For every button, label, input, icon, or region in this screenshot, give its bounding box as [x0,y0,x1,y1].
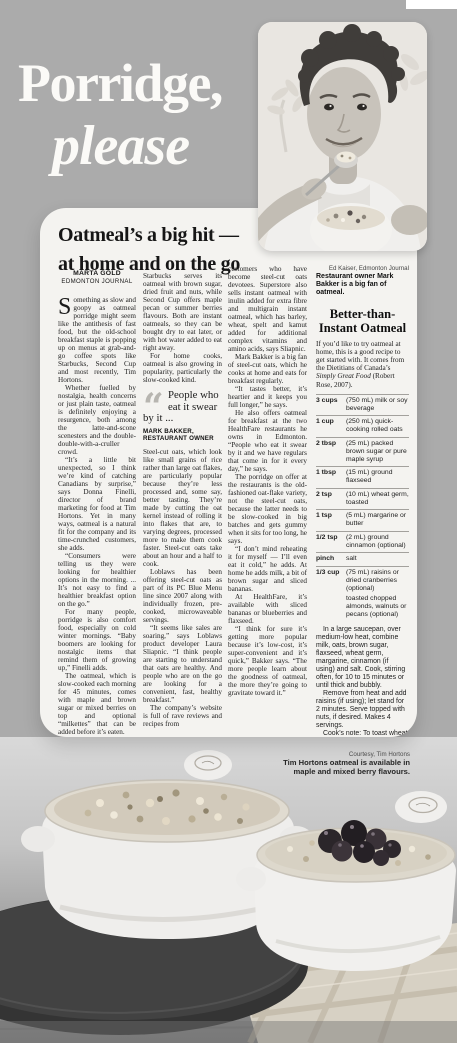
ingredient-row: 1/2 tsp(2 mL) ground cinnamon (optional) [316,531,409,553]
ingredient-table: 3 cups(750 mL) milk or soy beverage 1 cu… [316,394,409,622]
paragraph: “It’s a little bit unexpected, so I thin… [58,456,136,552]
paragraph: The company’s website is full of rave re… [143,704,222,728]
ingredient-row: 3 cups(750 mL) milk or soy beverage [316,394,409,416]
article-column-1: Something as slow and goopy as oatmeal p… [58,296,136,736]
paragraph: “It tastes better, it’s heartier and it … [228,385,307,409]
ingredient-row: 1/3 cup(75 mL) raisins or dried cranberr… [316,566,409,596]
paragraph: For many people, porridge is also comfor… [58,608,136,672]
man-eating-oatmeal-illustration [258,22,427,251]
paragraph: The porridge on offer at the restaurants… [228,473,307,545]
paragraph: “It seems like sales are soaring,” says … [143,624,222,704]
oatmeal-bowls-photo [0,737,457,1043]
article-column-2: Starbucks serves its oatmeal with brown … [143,272,222,728]
byline-author: MARTA GOLD [58,270,136,277]
recipe-intro: If you’d like to try oatmeal at home, th… [316,340,409,389]
paragraph: Steel-cut oats, which look like small gr… [143,448,222,568]
hero-photo-caption: Restaurant owner Mark Bakker is a big fa… [316,273,409,298]
quote-icon: “ [143,390,168,413]
drop-cap: S [58,296,73,317]
recipe-sidebar: Ed Kaiser, Edmonton Journal Restaurant o… [316,265,409,737]
masthead-title-line1: Porridge, [18,54,222,112]
pull-quote-attribution: MARK BAKKER, RESTAURANT OWNER [143,425,222,443]
article-column-3: customers who have become steel-cut oats… [228,265,307,697]
recipe-steps: In a large saucepan, over medium-low hea… [316,626,409,737]
restaurant-owner-photo [258,22,427,251]
masthead-title-line2: please [52,116,189,176]
paragraph: He also offers oatmeal for breakfast at … [228,409,307,473]
ingredient-row: pinchsalt [316,552,409,566]
ingredient-row: 1 cup(250 mL) quick-cooking rolled oats [316,415,409,437]
paragraph: Starbucks serves its oatmeal with brown … [143,272,222,352]
bottom-photo-caption-text: Tim Hortons oatmeal is available in mapl… [260,759,410,777]
paragraph: “I don’t mind reheating it for myself — … [228,545,307,593]
ingredient-row: 1 tsp(5 mL) margarine or butter [316,509,409,531]
bottom-photo-credit: Courtesy, Tim Hortons [260,751,410,758]
article-headline-line1: Oatmeal’s a big hit — [58,221,288,250]
paragraph: Mark Bakker is a big fan of steel-cut oa… [228,353,307,385]
ingredient-row: 1 tbsp(15 mL) ground flaxseed [316,466,409,488]
pull-quote: “ People who eat it swear by it ... MARK… [143,390,222,443]
hero-photo-credit: Ed Kaiser, Edmonton Journal [316,265,409,272]
paragraph: “Consumers were telling us they were loo… [58,552,136,608]
recipe-step: Cook’s note: To toast wheat germ, heat a… [316,730,409,737]
paragraph: Whether fuelled by nostalgia, health con… [58,384,136,456]
oatmeal-bowls-illustration [0,737,457,1043]
paragraph: For home cooks, oatmeal is also growing … [143,352,222,384]
paragraph: The oatmeal, which is slow-cooked each m… [58,672,136,736]
page-corner-notch [406,0,457,9]
paragraph: customers who have become steel-cut oats… [228,265,307,353]
byline-organization: EDMONTON JOURNAL [58,278,136,285]
paragraph: “I think for sure it’s getting more popu… [228,625,307,697]
paragraph: Something as slow and goopy as oatmeal p… [58,296,136,384]
book-title: Simply Great Food [316,372,371,380]
ingredient-row: 2 tsp(10 mL) wheat germ, toasted [316,488,409,510]
article-card: Oatmeal’s a big hit — at home and on the… [40,208,417,737]
byline: MARTA GOLD EDMONTON JOURNAL [58,270,136,285]
recipe-title: Better-than- Instant Oatmeal [316,307,409,335]
ingredient-row: 2 tbsp(25 mL) packed brown sugar or pure… [316,437,409,467]
ingredient-row: toasted chopped almonds, walnuts or peca… [316,595,409,622]
recipe-step: Remove from heat and add raisins (if usi… [316,690,409,730]
recipe-step: In a large saucepan, over medium-low hea… [316,626,409,690]
paragraph: At HealthFare, it’s available with slice… [228,593,307,625]
paragraph: Loblaws has been offering steel-cut oats… [143,568,222,624]
bottom-photo-caption: Courtesy, Tim Hortons Tim Hortons oatmea… [260,751,410,777]
